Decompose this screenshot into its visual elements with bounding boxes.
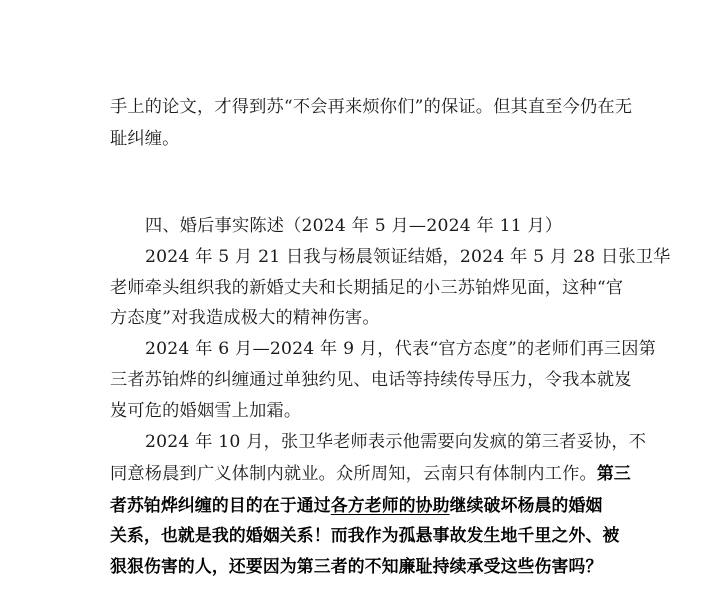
text-bold: 者苏铂烨纠缠的目的在于通过 xyxy=(110,495,331,515)
text-bold: 继续破坏杨晨的婚姻 xyxy=(450,495,603,515)
bold-text-line: 关系，也就是我的婚姻关系！而我作为孤悬事故发生地千里之外、被 xyxy=(110,524,615,546)
paragraph-text-line: 耻纠缠。 xyxy=(110,128,615,150)
document-page: 手上的论文，才得到苏“不会再来烦你们”的保证。但其直至今仍在无 耻纠缠。 四、婚… xyxy=(0,0,720,611)
underlined-text: 各方老师的协助 xyxy=(331,495,450,515)
bold-text-line: 狠狠伤害的人，还要因为第三者的不知廉耻持续承受这些伤害吗？ xyxy=(110,555,615,577)
paragraph-text-line: 2024 年 6 月—2024 年 9 月，代表“官方态度”的老师们再三因第 xyxy=(145,338,615,360)
paragraph-text-line: 2024 年 5 月 21 日我与杨晨领证结婚，2024 年 5 月 28 日张… xyxy=(145,246,615,268)
paragraph-text-line: 岌可危的婚姻雪上加霜。 xyxy=(110,400,615,422)
paragraph-text-line: 同意杨晨到广义体制内就业。众所周知，云南只有体制内工作。第三 xyxy=(110,462,615,485)
paragraph-text-line: 老师牵头组织我的新婚丈夫和长期插足的小三苏铂烨见面，这种“官 xyxy=(110,277,615,299)
bold-text-line: 者苏铂烨纠缠的目的在于通过各方老师的协助继续破坏杨晨的婚姻 xyxy=(110,494,615,516)
paragraph-text-line: 三者苏铂烨的纠缠通过单独约见、电话等持续传导压力，令我本就岌 xyxy=(110,369,615,391)
text-bold: 第三 xyxy=(597,463,631,483)
text-normal: 同意杨晨到广义体制内就业。众所周知，云南只有体制内工作。 xyxy=(110,464,597,484)
section-heading: 四、婚后事实陈述（2024 年 5 月—2024 年 11 月） xyxy=(145,215,615,237)
paragraph-text-line: 2024 年 10 月，张卫华老师表示他需要向发疯的第三者妥协，不 xyxy=(145,431,615,453)
paragraph-text-line: 手上的论文，才得到苏“不会再来烦你们”的保证。但其直至今仍在无 xyxy=(110,96,615,118)
paragraph-text-line: 方态度”对我造成极大的精神伤害。 xyxy=(110,307,615,329)
